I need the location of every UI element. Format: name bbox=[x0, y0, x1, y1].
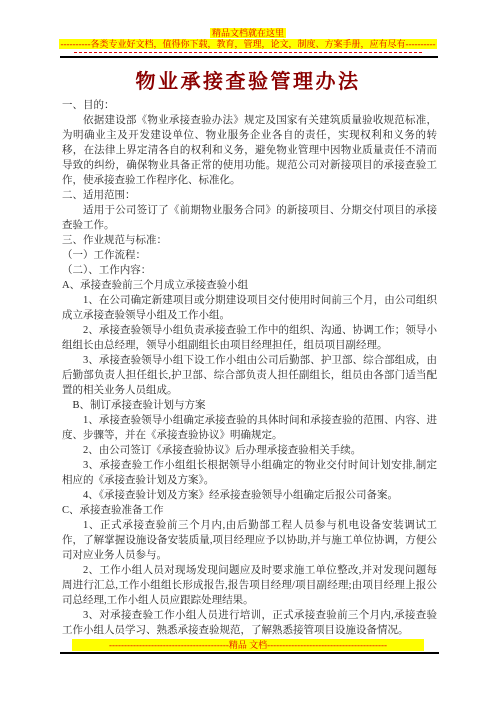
promo-text-line1: 精品文档就在这里 bbox=[210, 28, 286, 38]
paragraph: 适用于公司签订了《前期物业服务合同》的新接项目、分期交付项目的承接查验工作。 bbox=[62, 203, 437, 233]
paragraph: 3、承接查验领导小组下设工作小组由公司后勤部、护卫部、综合部组成，由后勤部负责人… bbox=[62, 353, 437, 398]
promo-line-2: ----------各类专业好文档，值得你下载，教育，管理，论文，制度、方案手册… bbox=[0, 39, 496, 50]
paragraph: A、承接查验前三个月成立承接查验小组 bbox=[62, 278, 437, 293]
promo-text-line2: ----------各类专业好文档，值得你下载，教育，管理，论文，制度、方案手册… bbox=[59, 39, 438, 49]
red-dotted-divider bbox=[74, 52, 422, 53]
paragraph: （二）、工作内容： bbox=[62, 263, 437, 278]
paragraph: C、承接查验准备工作 bbox=[62, 503, 437, 518]
paragraph: 4、《承接查验计划及方案》经承接查验领导小组确定后报公司备案。 bbox=[62, 488, 437, 503]
promo-header: 精品文档就在这里 ----------各类专业好文档，值得你下载，教育，管理，论… bbox=[0, 0, 496, 50]
paragraph: 2、由公司签订《承接查验协议》后办理承接查验相关手续。 bbox=[62, 443, 437, 458]
paragraph: 2、工作小组人员对现场发现问题应及时要求施工单位整改,并对发现问题每周进行汇总,… bbox=[62, 563, 437, 608]
promo-line-1: 精品文档就在这里 bbox=[0, 28, 496, 39]
document-title: 物业承接查验管理办法 bbox=[0, 65, 496, 94]
promo-text-footer: ----------------------------------------… bbox=[72, 639, 424, 651]
paragraph: 一、目的： bbox=[62, 98, 437, 113]
paragraph: 二、适用范围： bbox=[62, 188, 437, 203]
header-rule bbox=[60, 56, 438, 58]
paragraph: （一）工作流程： bbox=[62, 248, 437, 263]
paragraph: 依据建设部《物业承接查验办法》规定及国家有关建筑质量验收规范标准，为明确业主及开… bbox=[62, 113, 437, 188]
paragraph: 三、作业规范与标准： bbox=[62, 233, 437, 248]
paragraph: 3、对承接查验工作小组人员进行培训，正式承接查验前三个月内,承接查验工作小组人员… bbox=[62, 608, 437, 638]
paragraph: 2、承接查验领导小组负责承接查验工作中的组织、沟通、协调工作；领导小组组长由总经… bbox=[62, 323, 437, 353]
promo-footer: ----------------------------------------… bbox=[0, 639, 496, 654]
paragraph: B、制订承接查验计划与方案 bbox=[62, 398, 437, 413]
footer-rule bbox=[60, 652, 439, 654]
paragraph: 1、在公司确定新建项目或分期建设项目交付使用时间前三个月，由公司组织成立承接查验… bbox=[62, 293, 437, 323]
paragraph: 3、承接查验工作小组组长根据领导小组确定的物业交付时间计划安排,制定相应的《承接… bbox=[62, 458, 437, 488]
paragraph: 1、承接查验领导小组确定承接查验的具体时间和承接查验的范围、内容、进度、步骤等，… bbox=[62, 413, 437, 443]
document-body: 一、目的：依据建设部《物业承接查验办法》规定及国家有关建筑质量验收规范标准，为明… bbox=[62, 98, 437, 638]
document-page: 精品文档就在这里 ----------各类专业好文档，值得你下载，教育，管理，论… bbox=[0, 0, 496, 702]
paragraph: 1、正式承接查验前三个月内,由后勤部工程人员参与机电设备安装调试工作，了解掌握设… bbox=[62, 518, 437, 563]
